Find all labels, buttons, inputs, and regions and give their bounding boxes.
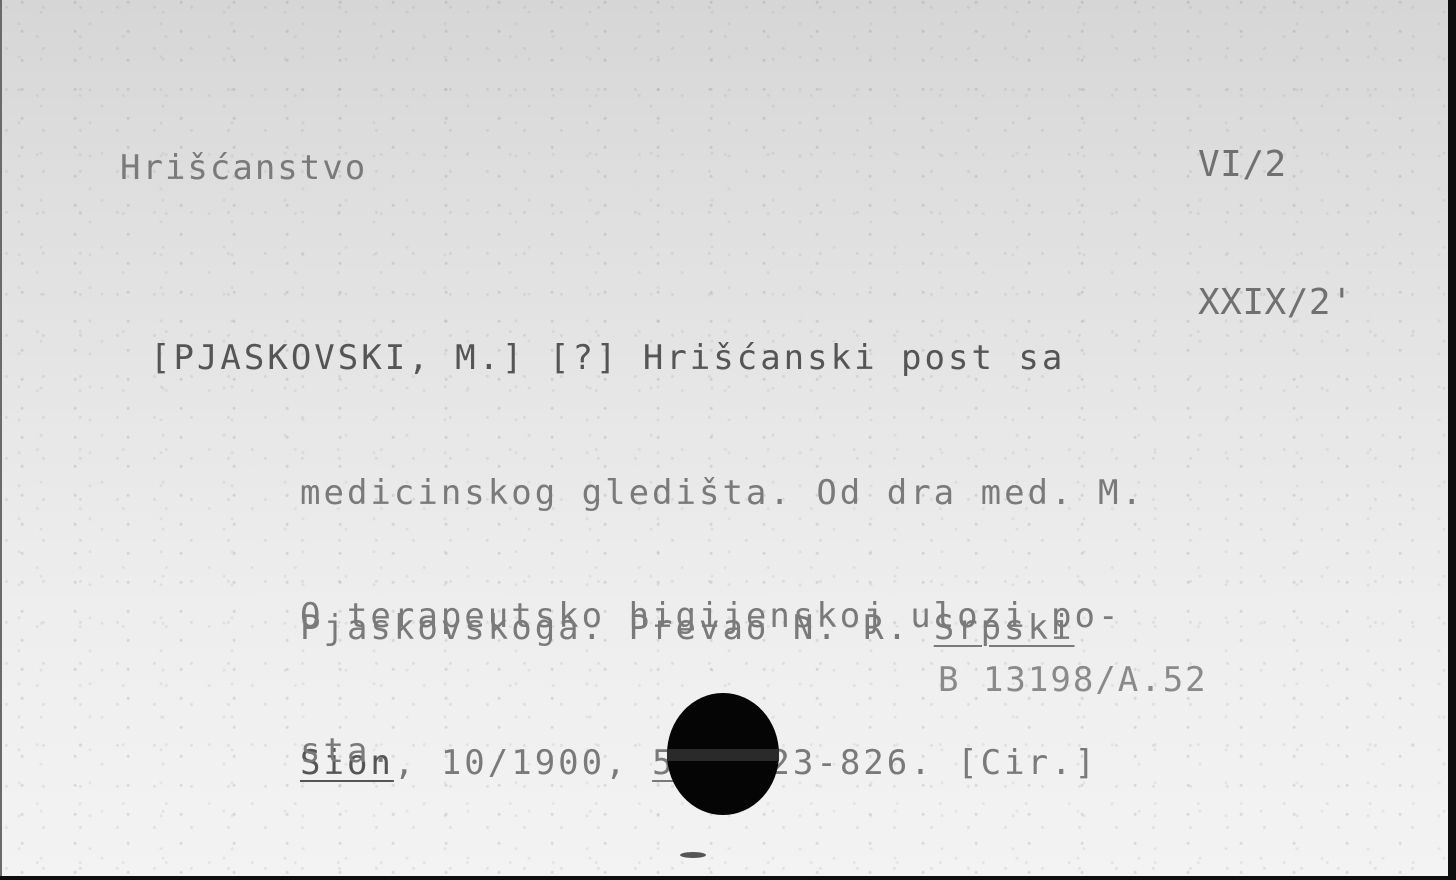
call-number-line-2: XXIX/2' xyxy=(1198,280,1353,326)
call-number: VI/2 XXIX/2' xyxy=(1198,50,1353,418)
ink-smudge xyxy=(680,852,706,858)
entry-line-1: [PJASKOVSKI, M.] [?] Hrišćanski post sa xyxy=(150,336,1145,381)
card-edge-shadow-bottom xyxy=(0,876,1456,880)
annotation-line-1: O terapeutsko higijenskoj ulozi po- xyxy=(300,594,1121,639)
subject-heading: Hrišćanstvo xyxy=(120,148,367,188)
accession-number: B 13198/A.52 xyxy=(938,660,1208,700)
punch-hole xyxy=(667,693,779,815)
call-number-line-1: VI/2 xyxy=(1198,142,1353,188)
catalog-card: VI/2 XXIX/2' Hrišćanstvo [PJASKOVSKI, M.… xyxy=(0,0,1452,876)
card-edge-shadow-right xyxy=(1448,0,1456,880)
